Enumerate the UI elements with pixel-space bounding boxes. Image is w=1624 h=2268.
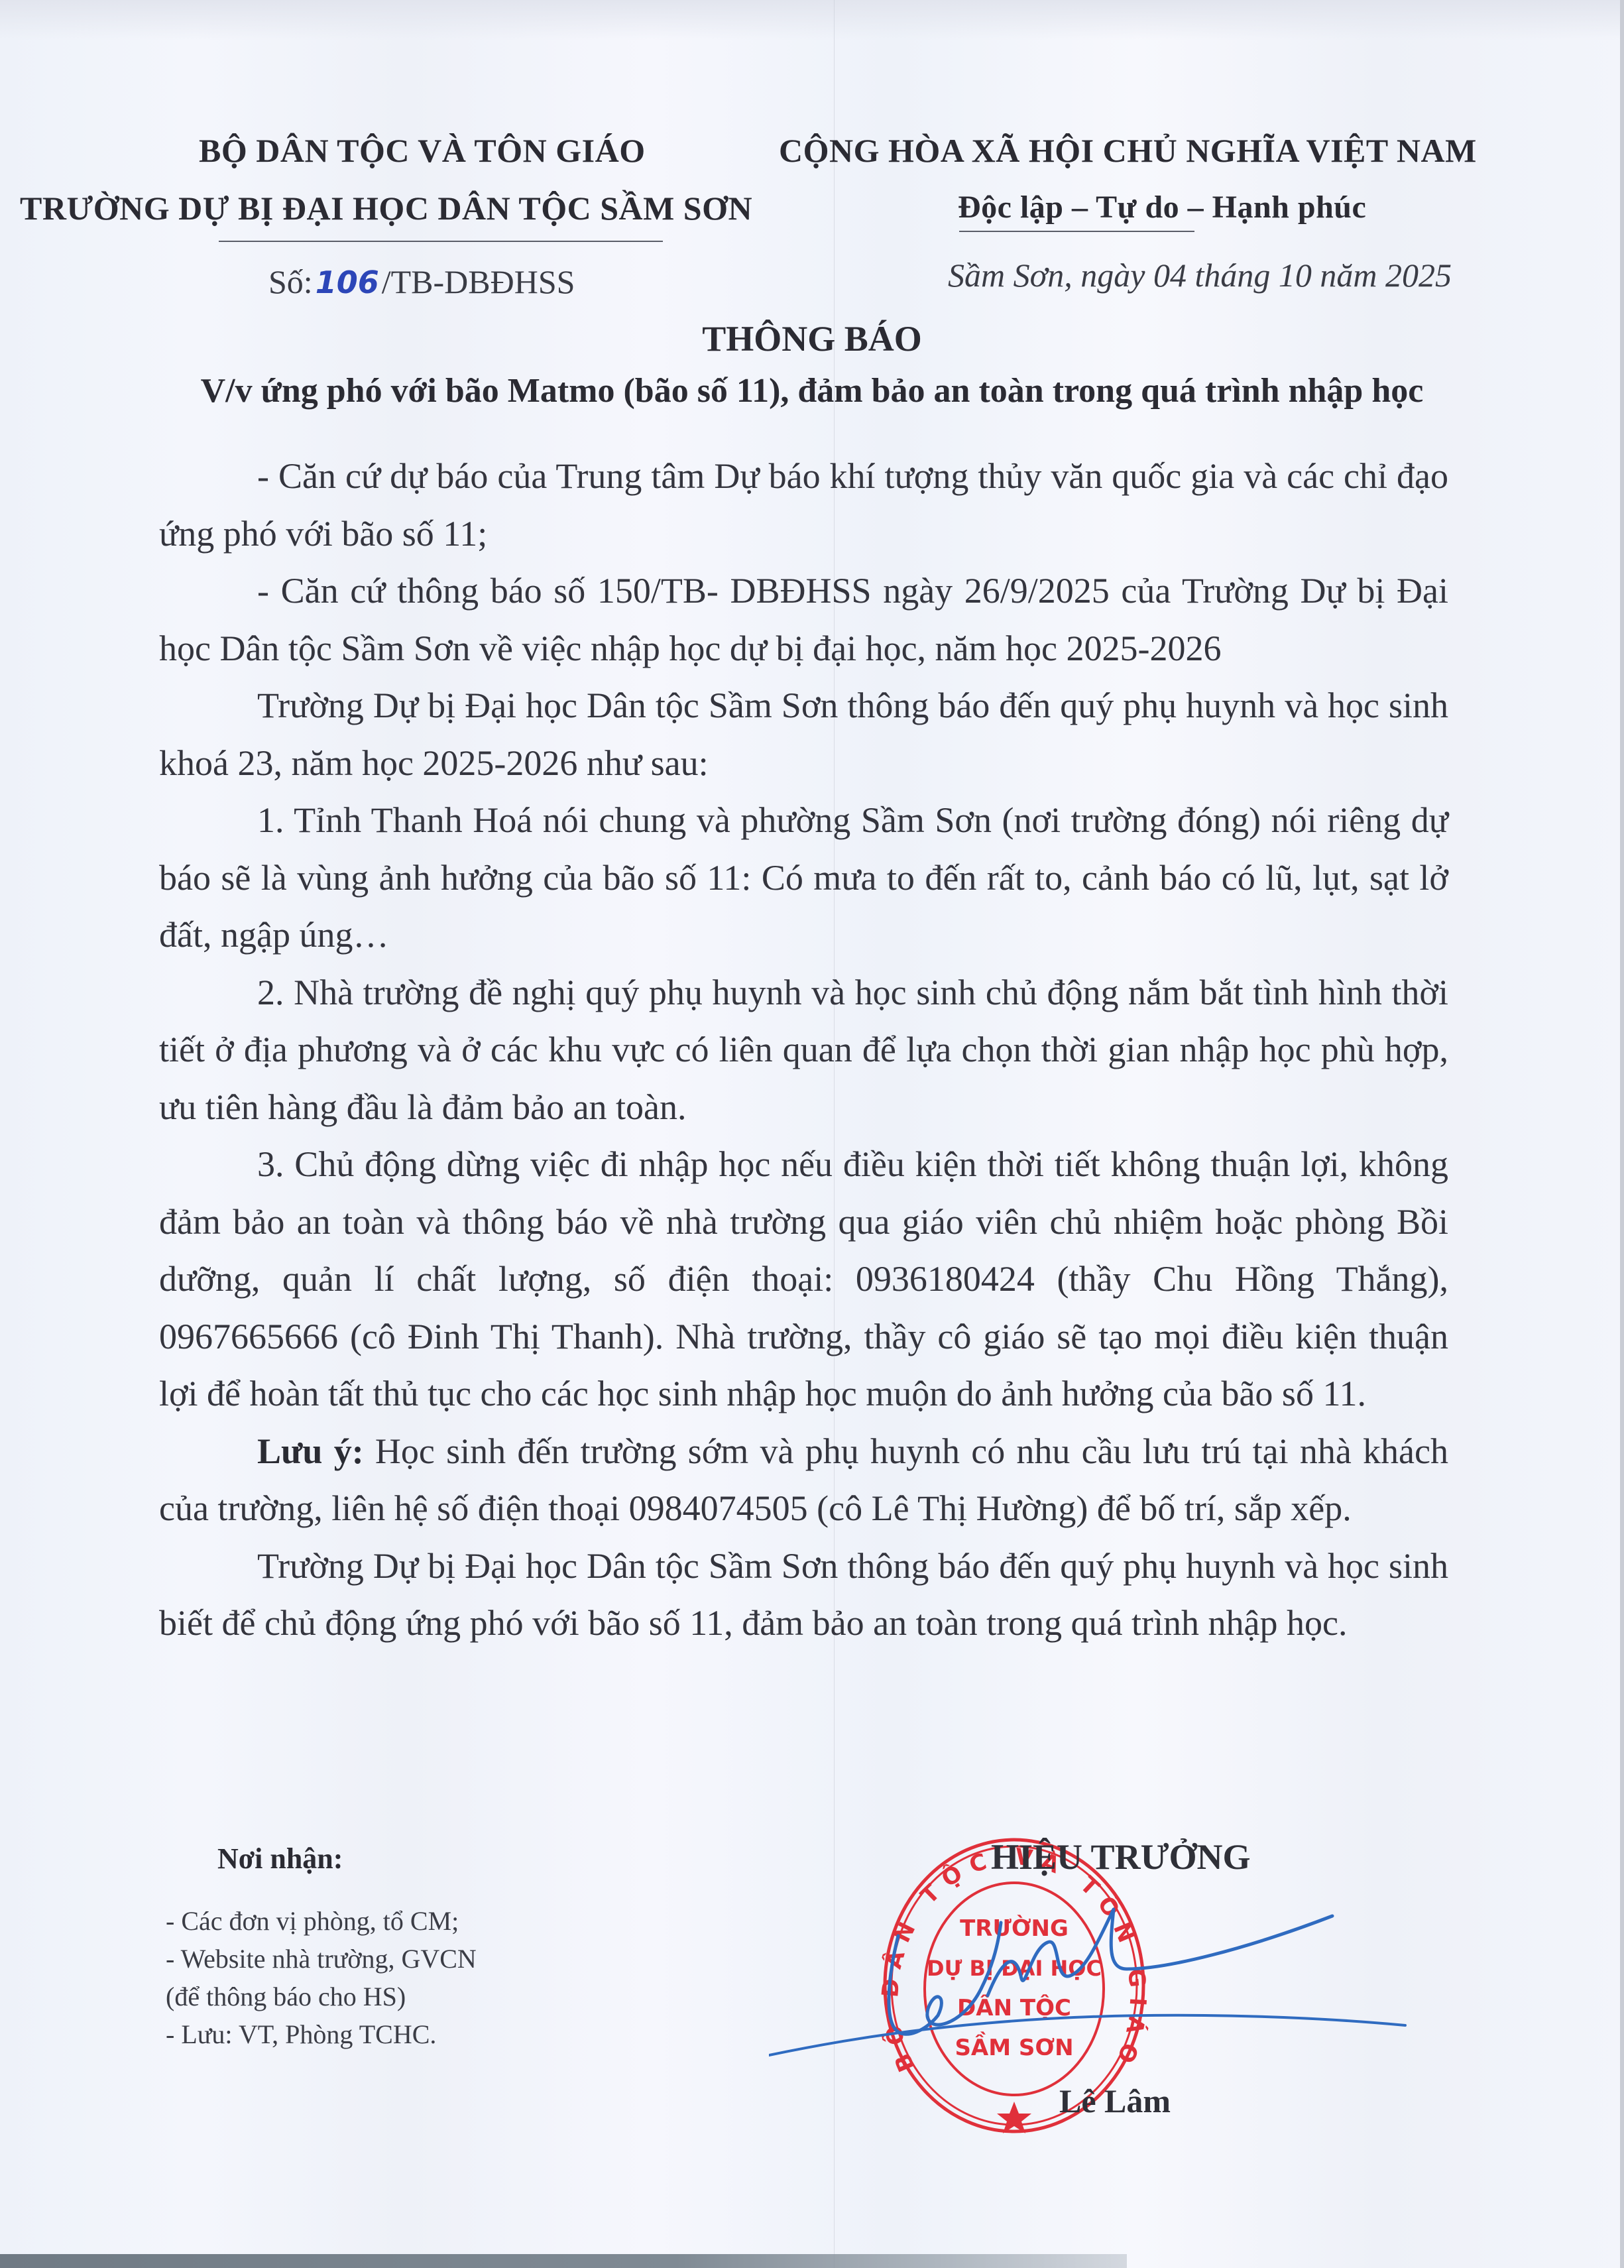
- paragraph-item-1: 1. Tỉnh Thanh Hoá nói chung và phường Sầ…: [159, 792, 1448, 964]
- republic-name: CỘNG HÒA XÃ HỘI CHỦ NGHĨA VIỆT NAM: [779, 131, 1477, 170]
- document-number: Số:106/TB-DBĐHSS: [268, 263, 575, 301]
- school-name: TRƯỜNG DỰ BỊ ĐẠI HỌC DÂN TỘC SẦM SƠN: [20, 189, 752, 227]
- national-motto: Độc lập – Tự do – Hạnh phúc: [958, 189, 1366, 225]
- note-label: Lưu ý:: [257, 1431, 364, 1471]
- signatory-name: Lê Lâm: [1059, 2082, 1171, 2120]
- doc-number-suffix: /TB-DBĐHSS: [382, 263, 575, 300]
- doc-number-handwritten: 106: [316, 265, 379, 300]
- recipient-item: (để thông báo cho HS): [166, 1978, 477, 2015]
- recipients-heading: Nơi nhận:: [217, 1842, 477, 1876]
- ministry-name: BỘ DÂN TỘC VÀ TÔN GIÁO: [199, 131, 646, 170]
- recipient-item: - Lưu: VT, Phòng TCHC.: [166, 2015, 477, 2053]
- recipient-item: - Website nhà trường, GVCN: [166, 1940, 477, 1978]
- school-name-underline: [219, 241, 663, 242]
- document-body: - Căn cứ dự báo của Trung tâm Dự báo khí…: [159, 448, 1448, 1652]
- document-subject: V/v ứng phó với bão Matmo (bão số 11), đ…: [0, 371, 1624, 410]
- paragraph-closing: Trường Dự bị Đại học Dân tộc Sầm Sơn thô…: [159, 1537, 1448, 1652]
- place-date: Sầm Sơn, ngày 04 tháng 10 năm 2025: [948, 256, 1452, 294]
- recipient-item: - Các đơn vị phòng, tổ CM;: [166, 1902, 477, 1940]
- document-title: THÔNG BÁO: [0, 318, 1624, 359]
- paragraph-item-3: 3. Chủ động dừng việc đi nhập học nếu đi…: [159, 1136, 1448, 1423]
- scan-top-shadow: [0, 0, 1624, 40]
- doc-number-prefix: Số:: [268, 263, 313, 300]
- paragraph-intro: Trường Dự bị Đại học Dân tộc Sầm Sơn thô…: [159, 677, 1448, 792]
- signatory-title: HIỆU TRƯỞNG: [991, 1836, 1251, 1878]
- recipients-block: Nơi nhận: - Các đơn vị phòng, tổ CM; - W…: [166, 1842, 477, 2053]
- signature-icon: [769, 1896, 1485, 2082]
- paragraph-note: Lưu ý: Học sinh đến trường sớm và phụ hu…: [159, 1423, 1448, 1537]
- scan-bottom-edge: [0, 2254, 1127, 2268]
- paragraph-item-2: 2. Nhà trường đề nghị quý phụ huynh và h…: [159, 964, 1448, 1136]
- paragraph-basis-1: - Căn cứ dự báo của Trung tâm Dự báo khí…: [159, 448, 1448, 562]
- paragraph-basis-2: - Căn cứ thông báo số 150/TB- DBĐHSS ngà…: [159, 562, 1448, 677]
- motto-underline: [959, 231, 1194, 232]
